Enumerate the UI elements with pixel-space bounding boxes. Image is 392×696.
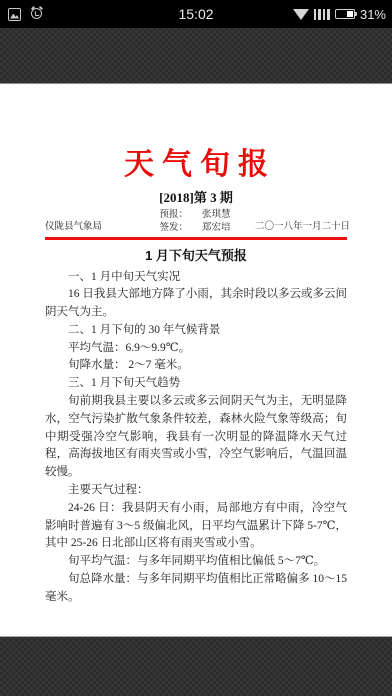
- wifi-icon: [293, 9, 309, 20]
- status-bar-clock: 15:02: [178, 0, 213, 28]
- paragraph: 24-26 日：我县阴天有小雨，局部地方有中雨，冷空气影响时普遍有 3～5 级偏…: [45, 500, 347, 553]
- signal-bars-icon: [314, 8, 330, 20]
- section-heading: 1 月下旬天气预报: [45, 247, 347, 265]
- paragraph: 16 日我县大部地方降了小雨，其余时段以多云或多云间阴天气为主。: [45, 286, 347, 322]
- status-bar-left-icons: [8, 0, 44, 28]
- forecaster-label: 预报：: [159, 209, 188, 222]
- forecaster-name: 张琪慧: [202, 209, 231, 222]
- alarm-hand: [35, 11, 40, 17]
- paragraph: 一、1 月中旬天气实况: [45, 269, 347, 287]
- document-title: 天气旬报: [45, 147, 347, 183]
- status-bar-right-icons: 31%: [293, 0, 386, 28]
- paragraph: 旬平均气温：与多年同期平均值相比偏低 5～7℃。: [45, 553, 347, 571]
- document-info-block: 仪陇县气象局 预报： 张琪慧 签发： 郑宏培 二〇一八年一月二十日: [45, 209, 347, 234]
- issue-date: 二〇一八年一月二十日: [255, 221, 347, 234]
- screenshot-icon: [8, 8, 21, 21]
- issuer-name: 郑宏培: [202, 222, 231, 235]
- signature-block: 预报： 张琪慧 签发： 郑宏培: [135, 209, 255, 234]
- battery-icon: [335, 9, 355, 19]
- paragraph: 平均气温：6.9～9.9℃。: [45, 340, 347, 358]
- red-divider-rule: [45, 237, 347, 240]
- issue-number: [2018]第 3 期: [45, 189, 347, 206]
- issuer-row: 签发： 郑宏培: [159, 222, 230, 235]
- battery-fill: [347, 11, 353, 17]
- status-bar: 15:02 31%: [0, 0, 392, 28]
- battery-percent-label: 31%: [360, 7, 386, 22]
- paragraph: 三、1 月下旬天气趋势: [45, 375, 347, 393]
- alarm-icon: [30, 7, 44, 21]
- paragraph: 主要天气过程：: [45, 482, 347, 500]
- paragraph: 旬前期我县主要以多云或多云间阴天气为主，无明显降水，空气污染扩散气象条件较差，森…: [45, 393, 347, 482]
- paragraph: 旬降水量： 2～7 毫米。: [45, 357, 347, 375]
- forecaster-row: 预报： 张琪慧: [159, 209, 230, 222]
- agency-name: 仪陇县气象局: [45, 221, 135, 234]
- phone-screen: { "status_bar": { "time": "15:02", "batt…: [0, 0, 392, 696]
- document-page[interactable]: 天气旬报 [2018]第 3 期 仪陇县气象局 预报： 张琪慧 签发： 郑宏培 …: [0, 83, 392, 637]
- issuer-label: 签发：: [159, 222, 188, 235]
- paragraph: 旬总降水量：与多年同期平均值相比正常略偏多 10～15 毫米。: [45, 571, 347, 607]
- paragraph: 二、1 月下旬的 30 年气候背景: [45, 322, 347, 340]
- document-paragraphs: 一、1 月中旬天气实况16 日我县大部地方降了小雨，其余时段以多云或多云间阴天气…: [45, 269, 347, 607]
